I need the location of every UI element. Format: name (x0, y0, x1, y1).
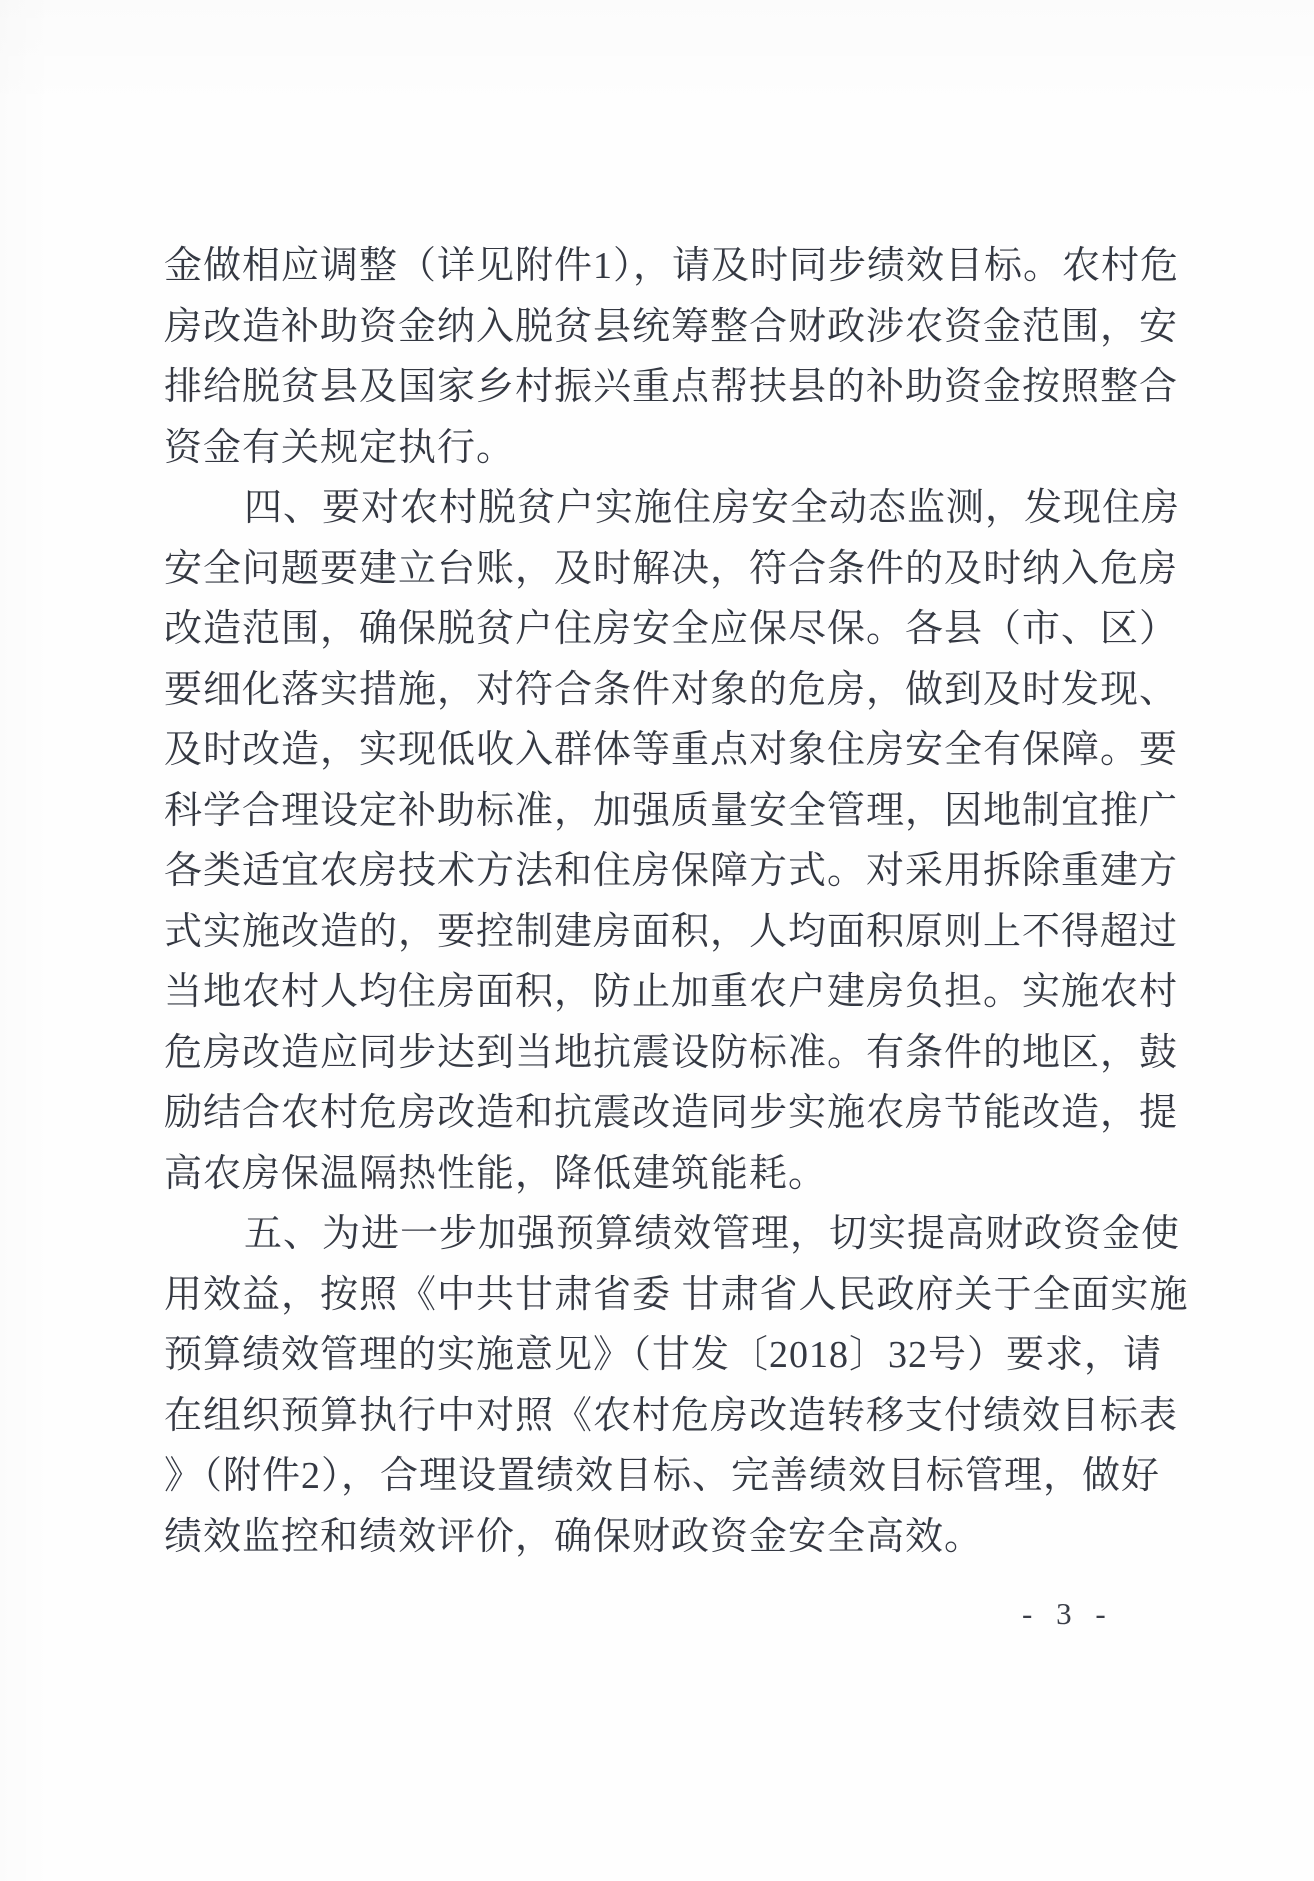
doc-line: 绩效监控和绩效评价，确保财政资金安全高效。 (164, 1507, 1144, 1568)
paragraph-section-four: 四、要对农村脱贫户实施住房安全动态监测，发现住房 安全问题要建立台账，及时解决，… (164, 478, 1144, 1204)
doc-line: 房改造补助资金纳入脱贫县统筹整合财政涉农资金范围，安 (164, 297, 1144, 358)
doc-line: 排给脱贫县及国家乡村振兴重点帮扶县的补助资金按照整合 (164, 357, 1144, 418)
doc-line: 式实施改造的，要控制建房面积，人均面积原则上不得超过 (164, 902, 1144, 963)
doc-line: 科学合理设定补助标准，加强质量安全管理，因地制宜推广 (164, 781, 1144, 842)
doc-line: 当地农村人均住房面积，防止加重农户建房负担。实施农村 (164, 962, 1144, 1023)
doc-line: 在组织预算执行中对照《农村危房改造转移支付绩效目标表 (164, 1386, 1144, 1447)
doc-line: 用效益，按照《中共甘肃省委 甘肃省人民政府关于全面实施 (164, 1265, 1144, 1326)
doc-line: 五、为进一步加强预算绩效管理，切实提高财政资金使 (164, 1204, 1144, 1265)
doc-line: 各类适宜农房技术方法和住房保障方式。对采用拆除重建方 (164, 841, 1144, 902)
doc-line: 四、要对农村脱贫户实施住房安全动态监测，发现住房 (164, 478, 1144, 539)
doc-line: 安全问题要建立台账，及时解决，符合条件的及时纳入危房 (164, 539, 1144, 600)
page-number: - 3 - (1022, 1596, 1114, 1632)
document-page: 金做相应调整（详见附件1），请及时同步绩效目标。农村危 房改造补助资金纳入脱贫县… (0, 0, 1314, 1881)
doc-line: 资金有关规定执行。 (164, 418, 1144, 479)
paragraph-continuation: 金做相应调整（详见附件1），请及时同步绩效目标。农村危 房改造补助资金纳入脱贫县… (164, 236, 1144, 478)
doc-line: 预算绩效管理的实施意见》（甘发〔2018〕32号）要求，请 (164, 1325, 1144, 1386)
doc-line: 金做相应调整（详见附件1），请及时同步绩效目标。农村危 (164, 236, 1144, 297)
doc-line: 高农房保温隔热性能，降低建筑能耗。 (164, 1144, 1144, 1205)
paragraph-section-five: 五、为进一步加强预算绩效管理，切实提高财政资金使 用效益，按照《中共甘肃省委 甘… (164, 1204, 1144, 1567)
doc-line: 励结合农村危房改造和抗震改造同步实施农房节能改造，提 (164, 1083, 1144, 1144)
doc-line: 要细化落实措施，对符合条件对象的危房，做到及时发现、 (164, 660, 1144, 721)
document-text-block: 金做相应调整（详见附件1），请及时同步绩效目标。农村危 房改造补助资金纳入脱贫县… (164, 236, 1144, 1567)
doc-line: 》（附件2），合理设置绩效目标、完善绩效目标管理，做好 (164, 1446, 1144, 1507)
doc-line: 改造范围，确保脱贫户住房安全应保尽保。各县（市、区） (164, 599, 1144, 660)
doc-line: 危房改造应同步达到当地抗震设防标准。有条件的地区，鼓 (164, 1023, 1144, 1084)
doc-line: 及时改造，实现低收入群体等重点对象住房安全有保障。要 (164, 720, 1144, 781)
